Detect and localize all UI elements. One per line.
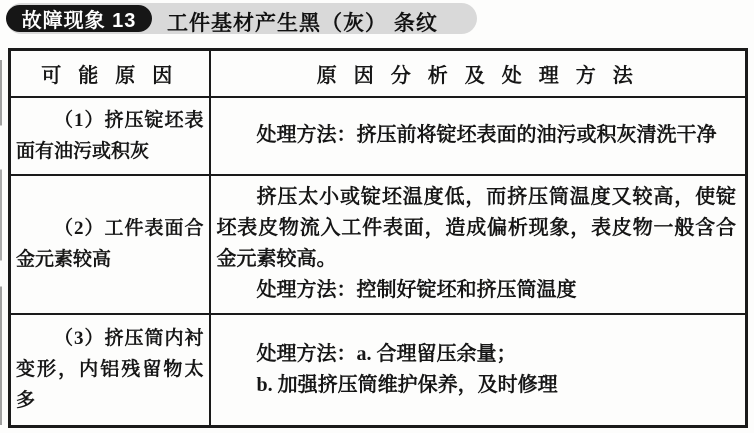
- section-title: 工件基材产生黑（灰） 条纹: [167, 7, 438, 37]
- cause-text: （1）挤压锭坯表面有油污或积灰: [16, 105, 204, 167]
- analysis-cell-2: 挤压太小或锭坯温度低，而挤压筒温度又较高，使锭坯表皮物流入工件表面，造成偏析现象…: [210, 175, 747, 314]
- analysis-cell-3: 处理方法：a. 合理留压余量； b. 加强挤压筒维护保养，及时修理: [210, 314, 747, 427]
- method-label: 处理方法：: [257, 279, 357, 301]
- section-header-bar: 工件基材产生黑（灰） 条纹 故障现象 13: [6, 3, 477, 34]
- fault-number-badge: 故障现象 13: [6, 5, 152, 32]
- table-row: （2）工件表面合金元素较高 挤压太小或锭坯温度低，而挤压筒温度又较高，使锭坯表皮…: [10, 175, 747, 314]
- method-block: 处理方法：a. 合理留压余量； b. 加强挤压筒维护保养，及时修理: [217, 339, 737, 401]
- cause-text: （2）工件表面合金元素较高: [16, 213, 204, 275]
- method-line-a: 处理方法：a. 合理留压余量；: [257, 339, 737, 370]
- method-line: 处理方法：控制好锭坯和挤压筒温度: [217, 275, 737, 306]
- table-header-row: 可 能 原 因 原 因 分 析 及 处 理 方 法: [10, 50, 747, 97]
- fault-number-label: 故障现象 13: [22, 4, 137, 33]
- col-header-analysis: 原 因 分 析 及 处 理 方 法: [210, 50, 747, 97]
- analysis-text: 挤压太小或锭坯温度低，而挤压筒温度又较高，使锭坯表皮物流入工件表面，造成偏析现象…: [217, 182, 737, 275]
- method-line-b: b. 加强挤压筒维护保养，及时修理: [257, 370, 737, 401]
- cause-cell-3: （3）挤压筒内衬变形，内铝残留物太多: [10, 314, 210, 427]
- scan-edge-artifact: [0, 60, 2, 425]
- method-label: 处理方法：: [257, 124, 357, 146]
- manual-page: 工件基材产生黑（灰） 条纹 故障现象 13 可 能 原 因 原 因 分 析 及 …: [0, 0, 754, 433]
- method-text: 挤压前将锭坯表面的油污或积灰清洗干净: [357, 124, 717, 146]
- col-header-cause: 可 能 原 因: [10, 50, 210, 97]
- method-label: 处理方法：: [257, 343, 357, 365]
- table-row: （3）挤压筒内衬变形，内铝残留物太多 处理方法：a. 合理留压余量； b. 加强…: [10, 314, 747, 427]
- fault-analysis-table: 可 能 原 因 原 因 分 析 及 处 理 方 法 （1）挤压锭坯表面有油污或积…: [8, 48, 748, 428]
- method-item-a: a. 合理留压余量；: [357, 343, 517, 365]
- cause-cell-1: （1）挤压锭坯表面有油污或积灰: [10, 97, 210, 175]
- cause-cell-2: （2）工件表面合金元素较高: [10, 175, 210, 314]
- cause-text: （3）挤压筒内衬变形，内铝残留物太多: [16, 323, 204, 416]
- method-line: 处理方法：挤压前将锭坯表面的油污或积灰清洗干净: [217, 120, 737, 151]
- method-text: 控制好锭坯和挤压筒温度: [357, 279, 577, 301]
- analysis-cell-1: 处理方法：挤压前将锭坯表面的油污或积灰清洗干净: [210, 97, 747, 175]
- table-row: （1）挤压锭坯表面有油污或积灰 处理方法：挤压前将锭坯表面的油污或积灰清洗干净: [10, 97, 747, 175]
- method-item-b: b. 加强挤压筒维护保养，及时修理: [257, 374, 558, 396]
